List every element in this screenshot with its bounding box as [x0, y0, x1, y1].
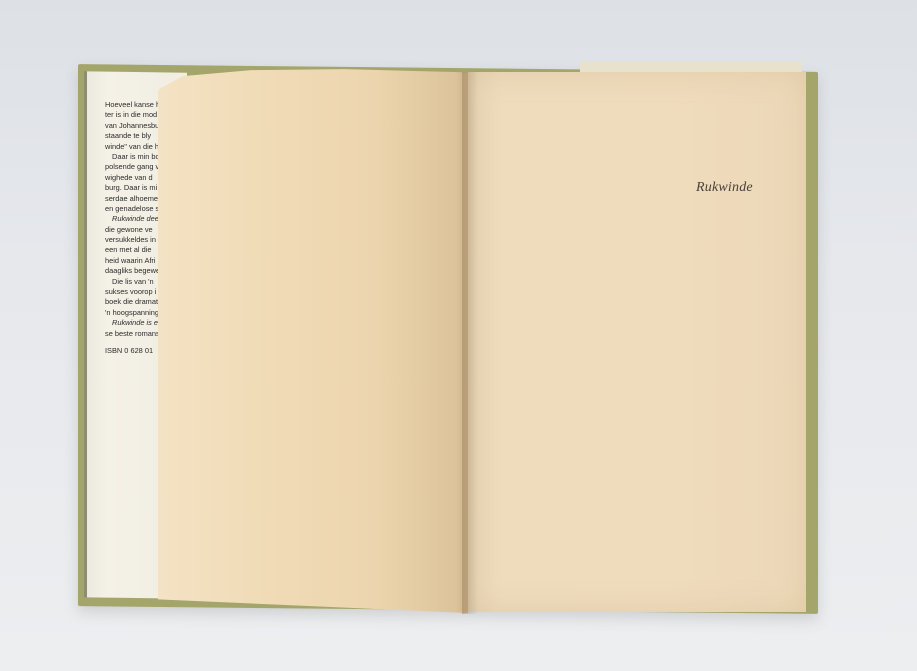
book-gutter — [462, 72, 478, 614]
book-photo: Hoeveel kanse h ter is in die mod van Jo… — [0, 0, 917, 671]
half-title: Rukwinde — [696, 180, 753, 196]
left-page — [158, 68, 468, 613]
right-page — [468, 72, 806, 612]
